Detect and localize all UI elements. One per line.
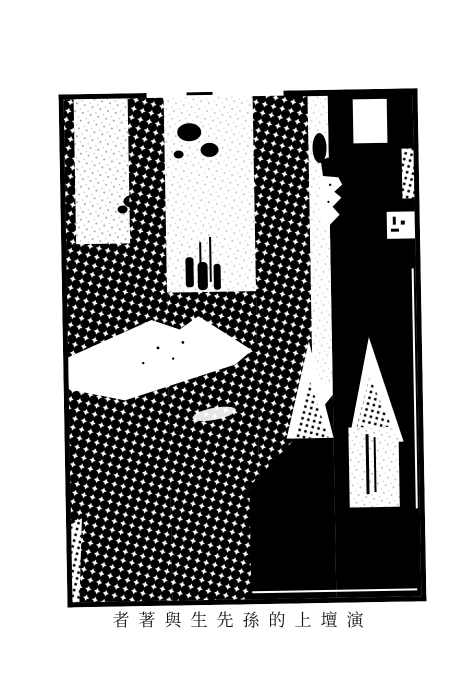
photo-caption: 者著與生先孫的上壇演 — [0, 608, 476, 634]
halftone-floor — [66, 241, 261, 602]
leg-highlight — [348, 427, 399, 508]
halftone-photograph — [59, 88, 427, 607]
halftone-photo-canvas — [59, 88, 427, 607]
book-page: 者著與生先孫的上壇演 — [0, 0, 476, 696]
